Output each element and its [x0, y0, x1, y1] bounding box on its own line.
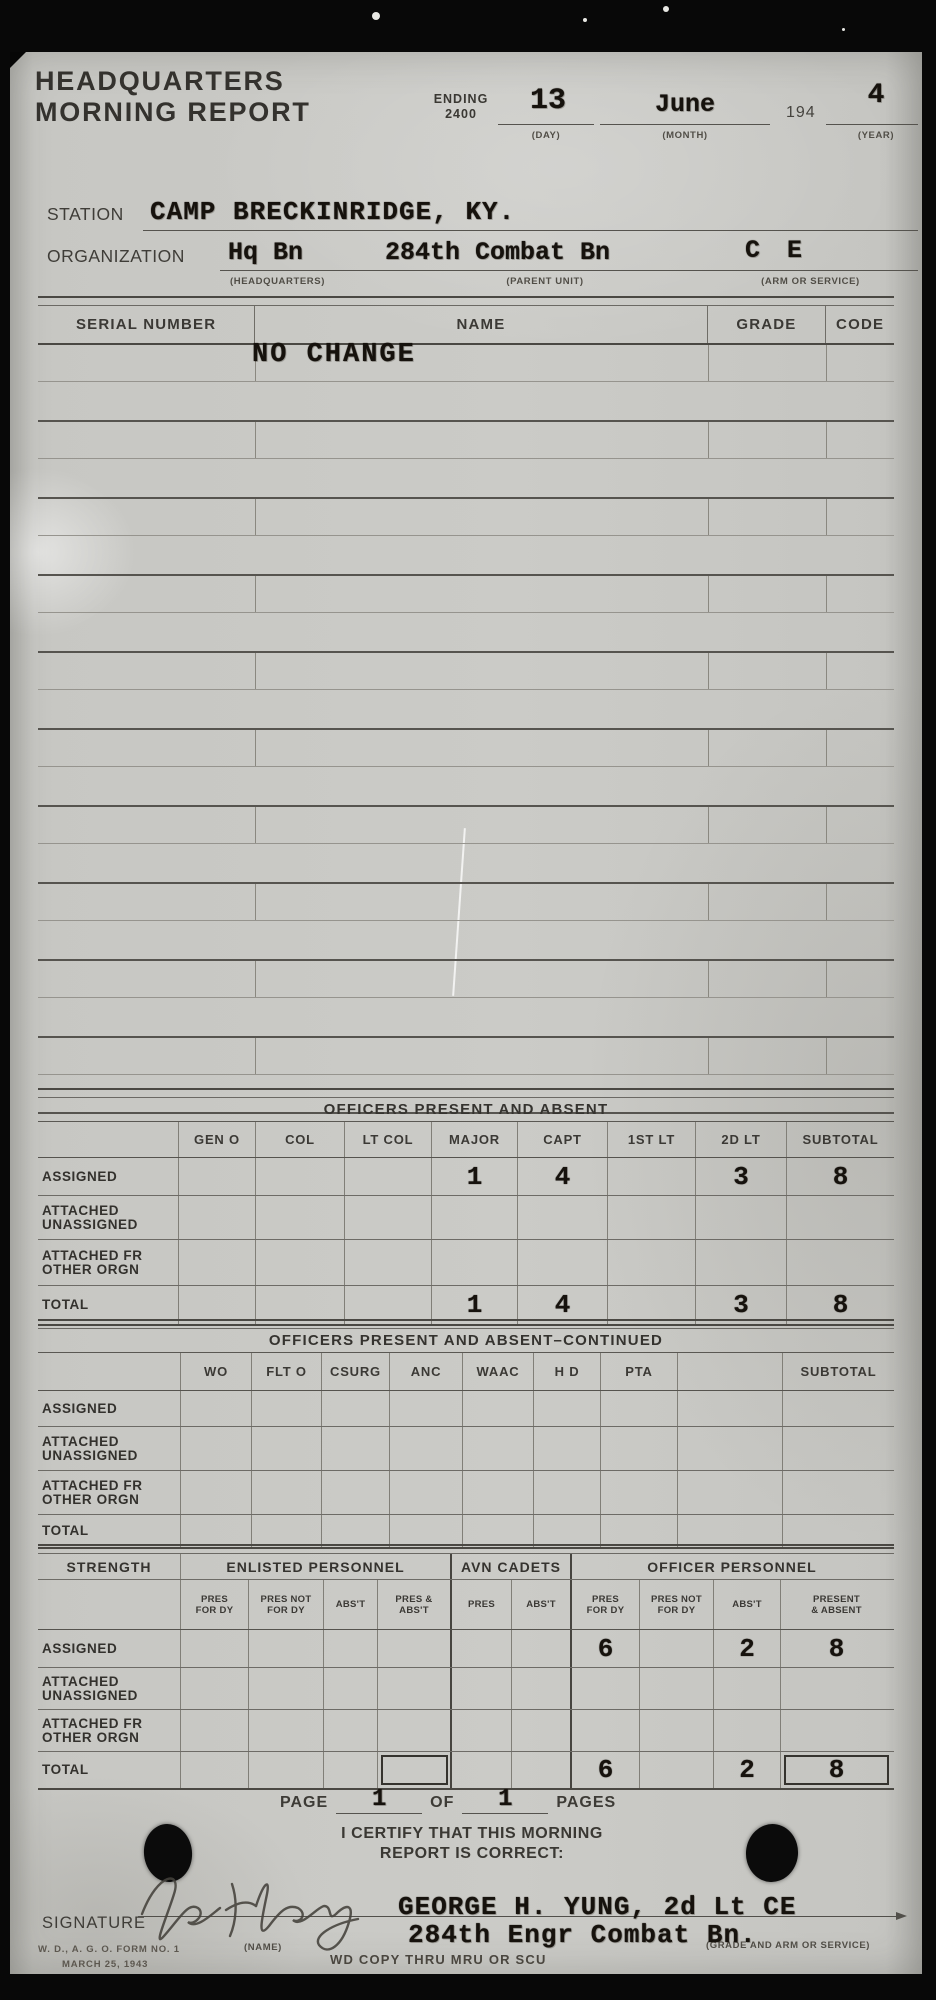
header-cell: WO — [181, 1353, 252, 1390]
month-caption: (MONTH) — [600, 130, 770, 141]
table-row: PRES FOR DYPRES NOT FOR DYABS'TPRES & AB… — [38, 1580, 894, 1630]
day-underline — [498, 104, 594, 125]
value-cell — [322, 1391, 390, 1426]
scan-border-top — [0, 0, 936, 52]
signature-line-arrow — [896, 1912, 907, 1920]
roster-row — [38, 499, 894, 536]
column-divider — [826, 807, 827, 843]
strength-table: STRENGTH ENLISTED PERSONNEL AVN CADETS O… — [38, 1544, 894, 1790]
value-cell — [181, 1391, 252, 1426]
value-cell: 1 — [432, 1158, 518, 1195]
group-enlisted: ENLISTED PERSONNEL — [181, 1554, 451, 1579]
value-cell — [345, 1240, 432, 1285]
form-title-line1: HEADQUARTERS — [35, 66, 311, 97]
group-officer: OFFICER PERSONNEL — [570, 1554, 892, 1579]
column-divider — [255, 499, 256, 535]
value-cell — [608, 1196, 696, 1239]
organization-underline — [220, 246, 918, 271]
header-cell: CSURG — [322, 1353, 390, 1390]
value-cell — [787, 1196, 894, 1239]
strength-label: STRENGTH — [38, 1554, 181, 1579]
value-cell — [696, 1240, 787, 1285]
table-row: ASSIGNED1438 — [38, 1158, 894, 1196]
column-divider — [255, 653, 256, 689]
roster-header-row: SERIAL NUMBER NAME GRADE CODE — [38, 306, 894, 345]
value-cell — [601, 1427, 678, 1470]
column-divider — [255, 1038, 256, 1074]
certification-statement: I CERTIFY THAT THIS MORNING REPORT IS CO… — [292, 1824, 652, 1864]
table-row: ATTACHED UNASSIGNED — [38, 1427, 894, 1471]
header-cell: PRES NOT FOR DY — [249, 1580, 324, 1629]
row-label: ATTACHED UNASSIGNED — [38, 1196, 179, 1239]
value-cell — [252, 1427, 322, 1470]
parent-unit-caption: (PARENT UNIT) — [490, 276, 600, 287]
value-cell — [322, 1515, 390, 1547]
value-cell — [345, 1158, 432, 1195]
column-divider — [708, 807, 709, 843]
column-divider — [826, 884, 827, 920]
header-cell: PTA — [601, 1353, 678, 1390]
header-cell — [678, 1353, 783, 1390]
header-cell: ABS'T — [714, 1580, 781, 1629]
column-divider — [708, 1038, 709, 1074]
row-label: ASSIGNED — [38, 1158, 179, 1195]
value-cell — [534, 1515, 601, 1547]
roster-row — [38, 807, 894, 844]
value-cell — [678, 1391, 783, 1426]
value-cell — [678, 1427, 783, 1470]
header-cell: FLT O — [252, 1353, 322, 1390]
roster-row — [38, 998, 894, 1038]
header-cell: MAJOR — [432, 1122, 518, 1157]
column-divider — [826, 961, 827, 997]
value-cell — [640, 1630, 714, 1667]
column-divider — [708, 730, 709, 766]
total-pages: 1 — [462, 1786, 548, 1814]
column-divider — [255, 884, 256, 920]
scan-border-left — [0, 0, 10, 2000]
officers-table: OFFICERS PRESENT AND ABSENT GEN OCOLLT C… — [38, 1088, 894, 1326]
roster-row — [38, 730, 894, 767]
header-cell: COL — [256, 1122, 345, 1157]
value-cell — [608, 1240, 696, 1285]
value-cell — [601, 1471, 678, 1514]
header-cell: 2D LT — [696, 1122, 787, 1157]
hq-caption: (HEADQUARTERS) — [205, 276, 350, 287]
value-cell — [783, 1427, 894, 1470]
column-divider — [708, 576, 709, 612]
scan-speck — [372, 12, 380, 20]
header-cell: 1ST LT — [608, 1122, 696, 1157]
station-label: STATION — [47, 204, 124, 225]
value-cell — [783, 1391, 894, 1426]
rule — [38, 1319, 894, 1329]
value-cell — [570, 1668, 640, 1709]
value-cell — [378, 1668, 451, 1709]
value-cell — [324, 1752, 378, 1788]
column-divider — [708, 422, 709, 458]
value-cell — [463, 1391, 534, 1426]
year-underline — [826, 104, 918, 125]
rule — [38, 296, 894, 306]
header-cell: ANC — [390, 1353, 463, 1390]
roster-row — [38, 653, 894, 690]
signer-typed-unit: 284th Engr Combat Bn. — [408, 1920, 757, 1950]
scan-speck — [663, 6, 669, 12]
col-serial-number: SERIAL NUMBER — [38, 306, 255, 343]
header-cell — [38, 1122, 179, 1157]
column-divider — [708, 499, 709, 535]
header-cell — [38, 1580, 181, 1629]
header-cell: SUBTOTAL — [783, 1353, 894, 1390]
value-cell — [714, 1710, 781, 1751]
column-divider — [708, 653, 709, 689]
value-cell: 8 — [781, 1630, 892, 1667]
roster-row — [38, 884, 894, 921]
roster-row — [38, 690, 894, 730]
value-cell — [678, 1471, 783, 1514]
roster-row — [38, 345, 894, 382]
value-cell: 6 — [570, 1752, 640, 1788]
value-cell — [249, 1668, 324, 1709]
roster-row — [38, 613, 894, 653]
value-cell — [345, 1196, 432, 1239]
value-cell: 8 — [781, 1752, 892, 1788]
row-label: ATTACHED FR OTHER ORGN — [38, 1471, 181, 1514]
value-cell — [181, 1752, 249, 1788]
value-cell — [181, 1515, 252, 1547]
value-cell — [322, 1427, 390, 1470]
value-cell — [249, 1710, 324, 1751]
officers-continued-table: OFFICERS PRESENT AND ABSENT–CONTINUED WO… — [38, 1319, 894, 1549]
table-row: ATTACHED FR OTHER ORGN — [38, 1240, 894, 1286]
row-label: ATTACHED UNASSIGNED — [38, 1427, 181, 1470]
table-row: ATTACHED UNASSIGNED — [38, 1196, 894, 1240]
header-cell: WAAC — [463, 1353, 534, 1390]
roster-rows — [38, 345, 894, 1114]
header-cell: LT COL — [345, 1122, 432, 1157]
value-cell — [179, 1158, 256, 1195]
row-label: ASSIGNED — [38, 1391, 181, 1426]
col-name: NAME — [255, 306, 707, 343]
value-cell — [678, 1515, 783, 1547]
arm-service-caption: (ARM OR SERVICE) — [738, 276, 883, 287]
column-divider — [255, 807, 256, 843]
value-cell — [249, 1630, 324, 1667]
value-cell — [252, 1391, 322, 1426]
value-cell — [534, 1471, 601, 1514]
signer-typed-name: GEORGE H. YUNG, 2d Lt CE — [398, 1892, 796, 1922]
value-cell — [324, 1668, 378, 1709]
value-cell — [432, 1196, 518, 1239]
roster-entry: NO CHANGE — [252, 340, 416, 370]
header-cell: H D — [534, 1353, 601, 1390]
value-cell — [512, 1630, 571, 1667]
value-cell — [640, 1752, 714, 1788]
value-cell — [181, 1668, 249, 1709]
value-cell — [463, 1471, 534, 1514]
value-cell — [570, 1710, 640, 1751]
value-cell — [181, 1630, 249, 1667]
value-cell — [450, 1668, 512, 1709]
column-divider — [708, 961, 709, 997]
value-cell — [512, 1668, 571, 1709]
form-title-line2: MORNING REPORT — [35, 97, 311, 128]
organization-label: ORGANIZATION — [47, 246, 185, 267]
page-label: PAGE — [280, 1794, 328, 1814]
value-cell — [601, 1515, 678, 1547]
value-cell: 4 — [518, 1158, 608, 1195]
value-cell — [608, 1158, 696, 1195]
roster-row — [38, 767, 894, 807]
value-cell — [181, 1710, 249, 1751]
row-label: TOTAL — [38, 1752, 181, 1788]
corner-artifact — [10, 52, 26, 68]
header-cell: PRES & ABS'T — [378, 1580, 451, 1629]
scan-border-bottom — [0, 1974, 936, 2000]
column-divider — [255, 961, 256, 997]
header-cell: PRES — [450, 1580, 512, 1629]
table-row: GEN OCOLLT COLMAJORCAPT1ST LT2D LTSUBTOT… — [38, 1122, 894, 1158]
column-divider — [255, 730, 256, 766]
roster-table: SERIAL NUMBER NAME GRADE CODE — [38, 296, 894, 1114]
header-cell: SUBTOTAL — [787, 1122, 894, 1157]
roster-row — [38, 844, 894, 884]
column-divider — [255, 422, 256, 458]
form-date: MARCH 25, 1943 — [62, 1959, 148, 1970]
station-underline — [143, 206, 918, 231]
value-cell — [378, 1630, 451, 1667]
value-cell — [781, 1710, 892, 1751]
value-cell — [390, 1515, 463, 1547]
value-cell — [252, 1515, 322, 1547]
value-cell: 2 — [714, 1630, 781, 1667]
roster-row — [38, 382, 894, 422]
header-cell: ABS'T — [512, 1580, 571, 1629]
table-row: ASSIGNED628 — [38, 1630, 894, 1668]
officers-continued-title: OFFICERS PRESENT AND ABSENT–CONTINUED — [38, 1329, 894, 1353]
value-cell — [181, 1471, 252, 1514]
value-cell — [322, 1471, 390, 1514]
handwritten-signature — [128, 1862, 396, 1958]
value-cell — [256, 1196, 345, 1239]
column-divider — [826, 576, 827, 612]
value-cell — [781, 1668, 892, 1709]
rule — [38, 1088, 894, 1098]
table-row: ATTACHED FR OTHER ORGN — [38, 1471, 894, 1515]
officers-table-title: OFFICERS PRESENT AND ABSENT — [38, 1098, 894, 1122]
scan-speck — [583, 18, 587, 22]
value-cell: 3 — [696, 1158, 787, 1195]
value-cell — [256, 1240, 345, 1285]
column-divider — [826, 1038, 827, 1074]
pagination: PAGE 1 OF 1 PAGES — [280, 1786, 616, 1814]
rule — [38, 1544, 894, 1554]
value-cell — [601, 1391, 678, 1426]
value-cell — [179, 1196, 256, 1239]
scan-speck — [842, 28, 845, 31]
value-cell — [512, 1710, 571, 1751]
year-prefix: 194 — [786, 104, 816, 122]
value-cell — [463, 1427, 534, 1470]
row-label: ATTACHED FR OTHER ORGN — [38, 1240, 179, 1285]
value-cell — [252, 1471, 322, 1514]
value-cell — [450, 1710, 512, 1751]
value-cell — [450, 1752, 512, 1788]
roster-row — [38, 459, 894, 499]
value-cell — [390, 1471, 463, 1514]
value-cell — [714, 1668, 781, 1709]
table-row: ATTACHED FR OTHER ORGN — [38, 1710, 894, 1752]
of-label: OF — [430, 1794, 454, 1814]
value-cell — [324, 1630, 378, 1667]
value-cell — [640, 1710, 714, 1751]
table-row: ASSIGNED — [38, 1391, 894, 1427]
ending-label: ENDING 2400 — [428, 92, 494, 122]
row-label: ATTACHED UNASSIGNED — [38, 1668, 181, 1709]
day-caption: (DAY) — [498, 130, 594, 141]
value-cell — [450, 1630, 512, 1667]
value-cell — [390, 1427, 463, 1470]
header-cell: CAPT — [518, 1122, 608, 1157]
roster-row — [38, 576, 894, 613]
row-label: TOTAL — [38, 1515, 181, 1547]
row-label: ASSIGNED — [38, 1630, 181, 1667]
column-divider — [826, 653, 827, 689]
value-cell — [249, 1752, 324, 1788]
header-cell: PRES FOR DY — [570, 1580, 640, 1629]
value-cell — [534, 1391, 601, 1426]
value-cell — [463, 1515, 534, 1547]
scan-border-right — [922, 0, 936, 2000]
pages-label: PAGES — [556, 1794, 616, 1814]
value-cell — [390, 1391, 463, 1426]
value-cell — [378, 1710, 451, 1751]
value-cell — [783, 1515, 894, 1547]
value-cell — [783, 1471, 894, 1514]
morning-report-scan: HEADQUARTERS MORNING REPORT ENDING 2400 … — [0, 0, 936, 2000]
year-caption: (YEAR) — [826, 130, 926, 141]
column-divider — [708, 884, 709, 920]
value-cell — [256, 1158, 345, 1195]
value-cell — [512, 1752, 571, 1788]
value-cell — [324, 1710, 378, 1751]
roster-row — [38, 921, 894, 961]
value-cell: 2 — [714, 1752, 781, 1788]
value-cell — [518, 1196, 608, 1239]
roster-row — [38, 1038, 894, 1075]
table-row: TOTAL628 — [38, 1752, 894, 1790]
roster-row — [38, 536, 894, 576]
value-cell — [518, 1240, 608, 1285]
form-title: HEADQUARTERS MORNING REPORT — [35, 66, 311, 128]
table-row: ATTACHED UNASSIGNED — [38, 1668, 894, 1710]
column-divider — [826, 422, 827, 458]
value-cell: 8 — [787, 1158, 894, 1195]
header-cell: ABS'T — [324, 1580, 378, 1629]
value-cell — [181, 1427, 252, 1470]
header-cell: GEN O — [179, 1122, 256, 1157]
col-code: CODE — [826, 306, 894, 343]
value-cell — [787, 1240, 894, 1285]
column-divider — [255, 576, 256, 612]
value-cell: 6 — [570, 1630, 640, 1667]
group-avn-cadets: AVN CADETS — [450, 1554, 571, 1579]
value-cell — [534, 1427, 601, 1470]
col-grade: GRADE — [708, 306, 827, 343]
column-divider — [708, 345, 709, 381]
value-cell — [696, 1196, 787, 1239]
header-cell: PRESENT & ABSENT — [781, 1580, 892, 1629]
column-divider — [826, 730, 827, 766]
roster-row — [38, 961, 894, 998]
table-row: WOFLT OCSURGANCWAACH DPTASUBTOTAL — [38, 1353, 894, 1391]
header-cell: PRES FOR DY — [181, 1580, 249, 1629]
month-underline — [600, 104, 770, 125]
value-cell — [432, 1240, 518, 1285]
header-cell: PRES NOT FOR DY — [640, 1580, 714, 1629]
strength-group-row: STRENGTH ENLISTED PERSONNEL AVN CADETS O… — [38, 1554, 894, 1580]
header-cell — [38, 1353, 181, 1390]
row-label: ATTACHED FR OTHER ORGN — [38, 1710, 181, 1751]
value-cell — [378, 1752, 451, 1788]
column-divider — [826, 499, 827, 535]
column-divider — [826, 345, 827, 381]
roster-row — [38, 422, 894, 459]
value-cell — [179, 1240, 256, 1285]
value-cell — [640, 1668, 714, 1709]
page-number: 1 — [336, 1786, 422, 1814]
